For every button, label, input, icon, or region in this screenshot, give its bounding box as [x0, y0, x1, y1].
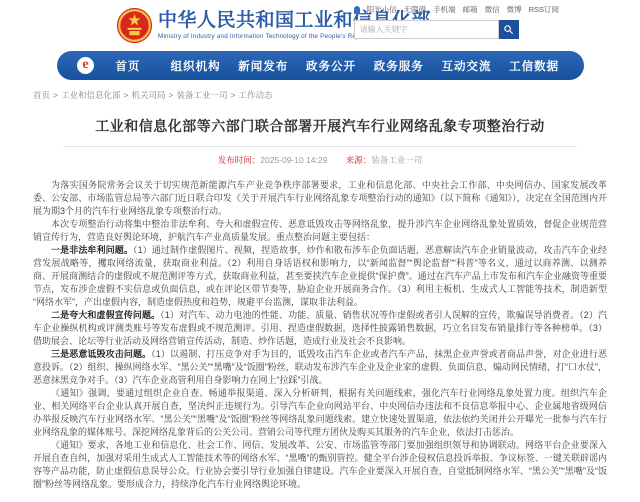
paragraph-text: 本次专项整治行动将集中整治非法牟利、夸大和虚假宣传、恶意诋毁攻击等网络乱象，提升… — [33, 219, 607, 242]
source-label: 来源： — [346, 155, 372, 165]
crumb-equipment-industry-dept1[interactable]: 装备工业一司 — [176, 90, 227, 100]
source-value: 装备工业一司 — [371, 155, 422, 165]
paragraph: 二是夸大和虚假宣传问题。（1）对汽车、动力电池的性能、功能、质量、销售状况等作虚… — [33, 309, 607, 348]
link-weibo[interactable]: 微博 — [507, 4, 522, 15]
nav-item-data[interactable]: 工信数据 — [500, 58, 568, 74]
link-sunshine-mascot[interactable]: 阳光小信 — [367, 4, 397, 15]
paragraph: 为落实国务院常务会议关于切实规范新能源汽车产业竞争秩序部署要求，工业和信息化部、… — [33, 179, 607, 218]
nav-item-gov-disclosure[interactable]: 政务公开 — [297, 58, 365, 74]
sunshine-mascot-icon — [354, 6, 360, 14]
main-nav: 首页 组织机构 新闻发布 政务公开 政务服务 互动交流 工信数据 — [57, 51, 584, 80]
article: 工业和信息化部等六部门联合部署开展汽车行业网络乱象专项整治行动 发布时间：202… — [0, 116, 640, 491]
publish-time-value: 2025-09-10 14:29 — [260, 155, 327, 165]
breadcrumb-separator: > — [168, 90, 173, 100]
paragraph: 本次专项整治行动将集中整治非法牟利、夸大和虚假宣传、恶意诋毁攻击等网络乱象，提升… — [33, 218, 607, 244]
breadcrumb-separator: > — [53, 90, 58, 100]
paragraph-lead: 三是恶意诋毁攻击问题。 — [51, 349, 151, 359]
link-mail[interactable]: 邮箱 — [463, 4, 478, 15]
nav-item-news[interactable]: 新闻发布 — [229, 58, 297, 74]
article-meta: 发布时间：2025-09-10 14:29 来源：装备工业一司 — [0, 154, 640, 166]
breadcrumb-separator: > — [230, 90, 235, 100]
nav-item-gov-services[interactable]: 政务服务 — [365, 58, 433, 74]
link-accessibility[interactable]: 无障碍 — [404, 4, 427, 15]
search-button[interactable] — [499, 20, 519, 39]
crumb-work-updates[interactable]: 工作动态 — [238, 90, 272, 100]
article-body: 为落实国务院常务会议关于切实规范新能源汽车产业竞争秩序部署要求，工业和信息化部、… — [33, 179, 607, 491]
site-header: 中华人民共和国工业和信息化部 Ministry of Industry and … — [0, 0, 640, 50]
search-box — [354, 20, 519, 39]
miit-logo-icon — [77, 57, 94, 74]
source: 来源：装备工业一司 — [346, 155, 423, 165]
search-input[interactable] — [354, 20, 499, 39]
breadcrumb: 首页>工业和信息化部>机关司局>装备工业一司>工作动态 — [33, 89, 640, 101]
link-rss[interactable]: RSS订阅 — [529, 4, 559, 15]
paragraph: 《通知》要求，各地工业和信息化、社会工作、网信、发展改革、公安、市场监管等部门要… — [33, 439, 607, 491]
search-icon — [503, 24, 514, 35]
paragraph-text: 为落实国务院常务会议关于切实规范新能源汽车产业竞争秩序部署要求，工业和信息化部、… — [33, 180, 607, 216]
paragraph-text: 《通知》要求，各地工业和信息化、社会工作、网信、发展改革、公安、市场监管等部门要… — [33, 440, 607, 489]
crumb-departments[interactable]: 机关司局 — [131, 90, 165, 100]
paragraph: 《通知》强调，要通过组织企业自查、畅通举报渠道、深入分析研判，根据有关问题线索，… — [33, 387, 607, 439]
publish-time: 发布时间：2025-09-10 14:29 — [218, 155, 328, 165]
nav-item-organization[interactable]: 组织机构 — [162, 58, 230, 74]
header-right: 阳光小信 无障碍 手机端 邮箱 微信 微博 RSS订阅 — [354, 4, 627, 39]
paragraph-lead: 二是夸大和虚假宣传问题。 — [51, 310, 160, 320]
utility-links: 阳光小信 无障碍 手机端 邮箱 微信 微博 RSS订阅 — [354, 4, 559, 15]
crumb-home[interactable]: 首页 — [33, 90, 50, 100]
link-mobile[interactable]: 手机端 — [433, 4, 456, 15]
paragraph: 三是恶意诋毁攻击问题。（1）以遏制、打压竞争对手为目的，诋毁攻击汽车企业或者汽车… — [33, 348, 607, 387]
paragraph-lead: 一是非法牟利问题。 — [51, 245, 133, 255]
page-title: 工业和信息化部等六部门联合部署开展汽车行业网络乱象专项整治行动 — [0, 116, 640, 136]
national-emblem-icon — [116, 7, 153, 44]
breadcrumb-separator: > — [124, 90, 129, 100]
paragraph: 一是非法牟利问题。（1）通过制作虚假图片、视频，捏造故事，炒作和散布涉车企负面话… — [33, 244, 607, 309]
title-divider — [63, 146, 577, 147]
nav-item-interaction[interactable]: 互动交流 — [433, 58, 501, 74]
paragraph-text: 《通知》强调，要通过组织企业自查、畅通举报渠道、深入分析研判，根据有关问题线索，… — [33, 388, 607, 437]
publish-time-label: 发布时间： — [218, 155, 261, 165]
nav-item-home[interactable]: 首页 — [94, 58, 162, 74]
link-wechat[interactable]: 微信 — [485, 4, 500, 15]
crumb-miit[interactable]: 工业和信息化部 — [61, 90, 121, 100]
